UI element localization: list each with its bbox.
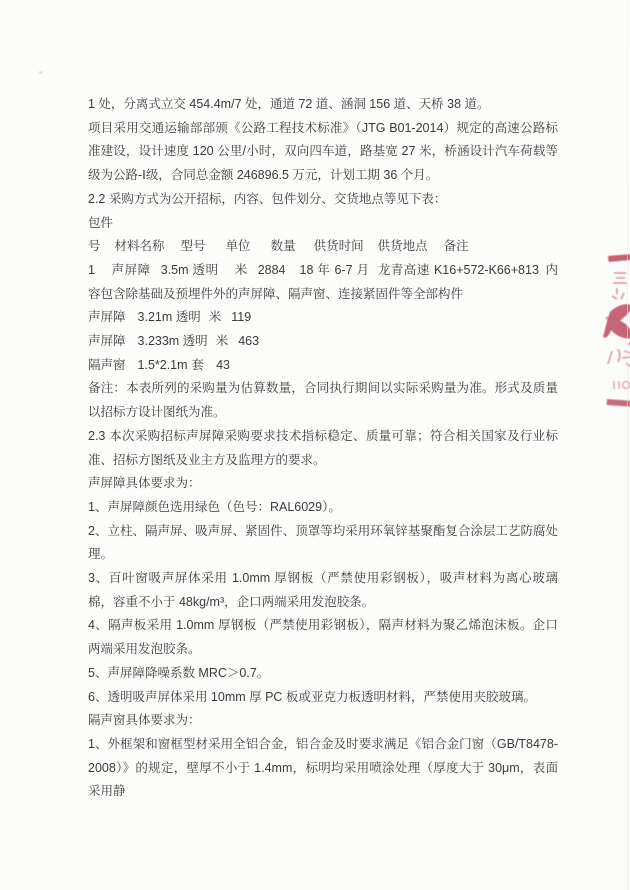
- cell-qty: 463: [238, 334, 259, 348]
- header-qty: 数量: [271, 239, 296, 253]
- barrier-requirement-item: 6、透明吸声屏体采用 10mm 厚 PC 板或亚克力板透明材料，严禁使用夹胶玻璃…: [88, 686, 558, 710]
- cell-qty: 119: [231, 310, 251, 324]
- section-2-3: 2.3 本次采购招标声屏障采购要求技术指标稳定、质量可靠；符合相关国家及行业标准…: [88, 425, 558, 472]
- document-body: 1 处，分离式立交 454.4m/7 处，通道 72 道、涵洞 156 道、天桥…: [88, 93, 558, 804]
- table-subrow: 隔声窗1.5*2.1m套43: [88, 354, 558, 378]
- cell-unit: 米: [216, 334, 229, 348]
- cell-unit: 米: [209, 310, 222, 324]
- header-place: 供货地点: [378, 239, 428, 253]
- intro-line: 1 处，分离式立交 454.4m/7 处，通道 72 道、涵洞 156 道、天桥…: [88, 93, 558, 117]
- header-model: 型号: [181, 239, 206, 253]
- barrier-requirement-item: 5、声屏障降噪系数 MRC＞0.7。: [88, 662, 558, 686]
- cell-place: 龙青高速 K16+572-K66+813: [378, 263, 539, 277]
- cell-no: 1: [88, 263, 95, 277]
- procurement-method-line: 2.2 采购方式为公开招标，内容、包件划分、交货地点等见下表：: [88, 188, 558, 212]
- barrier-requirement-item: 1、声屏障颜色选用绿色（色号：RAL6029）。: [88, 496, 558, 520]
- header-no: 号: [88, 239, 101, 253]
- barrier-requirement-item: 4、隔声板采用 1.0mm 厚钢板（严禁使用彩钢板），隔声材料为聚乙烯泡沫板。企…: [88, 614, 558, 661]
- scan-edge-line: [627, 0, 628, 890]
- cell-model: 1.5*2.1m: [138, 358, 188, 372]
- barrier-requirement-item: 3、百叶窗吸声屏体采用 1.0mm 厚钢板（严禁使用彩钢板），吸声材料为离心玻璃…: [88, 567, 558, 614]
- cell-material: 声屏障: [88, 334, 126, 348]
- scanned-document-page: 1 处，分离式立交 454.4m/7 处，通道 72 道、涵洞 156 道、天桥…: [0, 0, 630, 890]
- package-label: 包件: [88, 212, 558, 236]
- cell-model: 3.233m 透明: [138, 334, 208, 348]
- project-paragraph: 项目采用交通运输部部颁《公路工程技术标准》（JTG B01-2014）规定的高速…: [88, 117, 558, 188]
- header-unit: 单位: [226, 239, 251, 253]
- cell-qty: 43: [216, 358, 230, 372]
- barrier-requirement-item: 2、立柱、隔声屏、吸声屏、紧固件、顶罩等均采用环氧锌基聚酯复合涂层工艺防腐处理。: [88, 520, 558, 567]
- cell-material: 声屏障: [88, 310, 126, 324]
- window-requirements-title: 隔声窗具体要求为：: [88, 709, 558, 733]
- table-subrow: 声屏障3.233m 透明米463: [88, 330, 558, 354]
- header-material: 材料名称: [115, 239, 165, 253]
- cell-model: 3.21m 透明: [138, 310, 201, 324]
- table-row-main: 1声屏障3.5m 透明米288418 年 6-7 月龙青高速 K16+572-K…: [88, 259, 558, 306]
- cell-model: 3.5m 透明: [161, 263, 219, 277]
- cell-unit: 米: [235, 263, 248, 277]
- header-time: 供货时间: [314, 239, 364, 253]
- red-seal-stamp: [599, 252, 630, 418]
- cell-material: 隔声窗: [88, 358, 126, 372]
- table-subrow: 声屏障3.21m 透明米119: [88, 306, 558, 330]
- table-remark: 备注：本表所列的采购量为估算数量，合同执行期间以实际采购量为准。形式及质量以招标…: [88, 377, 558, 424]
- window-requirement-item: 1、外框架和窗框型材采用全铝合金，铝合金及时要求满足《铝合金门窗（GB/T847…: [88, 733, 558, 804]
- header-note: 备注: [444, 239, 469, 253]
- barrier-requirements-title: 声屏障具体要求为：: [88, 472, 558, 496]
- cell-time: 18 年 6-7 月: [300, 263, 370, 277]
- table-header-row: 号材料名称型号单位数量供货时间供货地点备注: [88, 235, 558, 259]
- scan-speck: [38, 71, 43, 74]
- cell-qty: 2884: [258, 263, 286, 277]
- cell-unit: 套: [192, 358, 205, 372]
- cell-material: 声屏障: [111, 263, 151, 277]
